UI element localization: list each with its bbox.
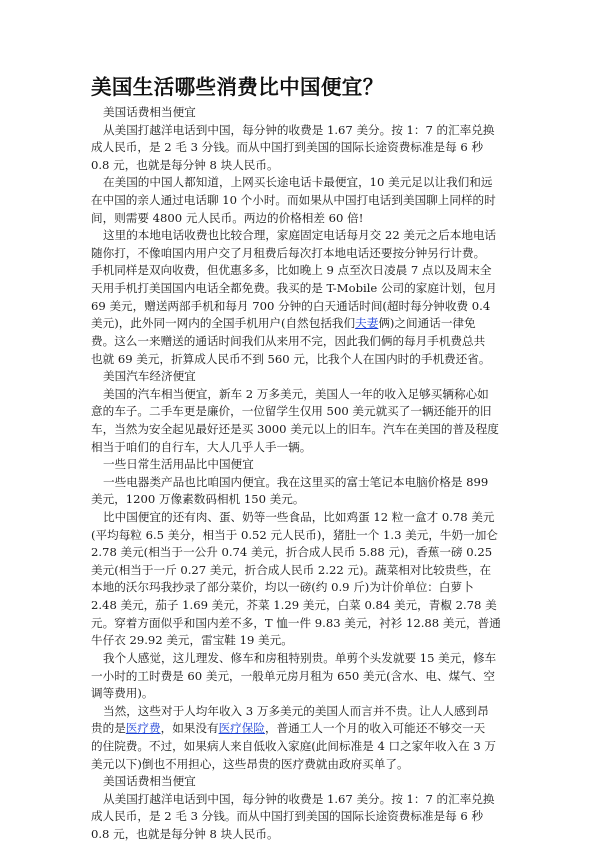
paragraph-line: 意的车子。二手车更是廉价，一位留学生仅用 500 美元就买了一辆还能开的旧 [91,403,505,421]
paragraph-line: 美元，1200 万像素数码相机 150 美元。 [91,491,505,509]
paragraph-line: 元。穿着方面似乎和国内差不多，T 恤一件 9.83 美元，衬衫 12.88 美元… [91,615,505,633]
document-page: 美国生活哪些消费比中国便宜？ 美国话费相当便宜从美国打越洋电话到中国，每分钟的收… [0,0,595,842]
paragraph-line: 也就 69 美元，折算成人民币不到 560 元，比我个人在国内时的手机费还省。 [91,351,505,369]
paragraph-line-indented: 在美国的中国人都知道，上网买长途电话卡最便宜，10 美元足以让我们和远 [91,174,505,192]
text-segment: 贵的是 [91,721,126,735]
paragraph-line: 牛仔衣 29.92 美元，雷宝鞋 19 美元。 [91,632,505,650]
document-body: 美国话费相当便宜从美国打越洋电话到中国，每分钟的收费是 1.67 美分。按 1：… [91,104,505,842]
paragraph-line: 成人民币，是 2 毛 3 分钱。而从中国打到美国的国际长途资费标准是每 6 秒 [91,808,505,826]
paragraph-line: 69 美元，赠送两部手机和每月 700 分钟的白天通话时间(超时每分钟收费 0.… [91,298,505,316]
paragraph-line: 相当于咱们的自行车，大人几乎人手一辆。 [91,439,505,457]
hyperlink[interactable]: 医疗保险 [219,721,265,735]
hyperlink[interactable]: 医疗费 [126,721,161,735]
paragraph-line-indented: 一些电器类产品也比咱国内便宜。我在这里买的富士笔记本电脑价格是 899 [91,474,505,492]
paragraph-line: 手机同样是双向收费，但优惠多多，比如晚上 9 点至次日凌晨 7 点以及周末全 [91,262,505,280]
paragraph-line: 天用手机打美国国内电话全都免费。我买的是 T-Mobile 公司的家庭计划，包月 [91,280,505,298]
text-segment: ，如果没有 [161,721,219,735]
paragraph-line: 本地的沃尔玛我抄录了部分菜价，均以一磅(约 0.9 斤)为计价单位：白萝卜 [91,579,505,597]
paragraph-line: 在中国的亲人通过电话聊 10 个小时。而如果从中国打电话到美国聊上同样的时 [91,192,505,210]
paragraph-line: 随你打，不像咱国内用户交了月租费后每次打本地电话还要按分钟另行计费。 [91,245,505,263]
text-segment: ，普通工人一个月的收入可能还不够交一天 [265,721,485,735]
paragraph-line-indented: 一些日常生活用品比中国便宜 [91,456,505,474]
paragraph-line-indented: 这里的本地电话收费也比较合理，家庭固定电话每月交 22 美元之后本地电话 [91,227,505,245]
paragraph-line: 的住院费。不过，如果病人来自低收入家庭(此间标准是 4 口之家年收入在 3 万 [91,738,505,756]
paragraph-line-indented: 从美国打越洋电话到中国，每分钟的收费是 1.67 美分。按 1：7 的汇率兑换 [91,122,505,140]
text-segment: 美元)，此外同一网内的全国手机用户(自然包括我们 [91,316,355,330]
paragraph-line: 2.78 美元(相当于一公升 0.74 美元，折合成人民币 5.88 元)，香蕉… [91,544,505,562]
paragraph-line: 0.8 元，也就是每分钟 8 块人民币。 [91,826,505,842]
paragraph-line: 成人民币，是 2 毛 3 分钱。而从中国打到美国的国际长途资费标准是每 6 秒 [91,139,505,157]
paragraph-line-indented: 美国话费相当便宜 [91,104,505,122]
paragraph-line: 贵的是医疗费，如果没有医疗保险，普通工人一个月的收入可能还不够交一天 [91,720,505,738]
paragraph-line: 车，当然为安全起见最好还是买 3000 美元以上的旧车。汽车在美国的普及程度 [91,421,505,439]
paragraph-line: 美元(相当于一斤 0.27 美元，折合成人民币 2.22 元)。蔬菜相对比较贵些… [91,562,505,580]
paragraph-line: 2.48 美元，茄子 1.69 美元，芥菜 1.29 美元，白菜 0.84 美元… [91,597,505,615]
paragraph-line: 0.8 元，也就是每分钟 8 块人民币。 [91,157,505,175]
document-title: 美国生活哪些消费比中国便宜？ [91,74,384,100]
paragraph-line: (平均每粒 6.5 美分，相当于 0.52 元人民币)，猪肚一个 1.3 美元，… [91,527,505,545]
paragraph-line: 美元)，此外同一网内的全国手机用户(自然包括我们夫妻俩)之间通话一律免 [91,315,505,333]
paragraph-line: 间，则需要 4800 元人民币。两边的价格相差 60 倍! [91,210,505,228]
paragraph-line-indented: 美国话费相当便宜 [91,773,505,791]
text-segment: 俩)之间通话一律免 [378,316,475,330]
paragraph-line: 一小时的工时费是 60 美元，一般单元房月租为 650 美元(含水、电、煤气、空 [91,668,505,686]
paragraph-line-indented: 美国的汽车相当便宜，新车 2 万多美元，美国人一年的收入足够买辆称心如 [91,386,505,404]
paragraph-line: 美元以下)倒也不用担心，这些昂贵的医疗费就由政府买单了。 [91,756,505,774]
paragraph-line-indented: 比中国便宜的还有肉、蛋、奶等一些食品，比如鸡蛋 12 粒一盒才 0.78 美元 [91,509,505,527]
paragraph-line-indented: 美国汽车经济便宜 [91,368,505,386]
paragraph-line-indented: 我个人感觉，这儿理发、修车和房租特别贵。单剪个头发就要 15 美元，修车 [91,650,505,668]
paragraph-line: 费。这么一来赠送的通话时间我们从来用不完，因此我们俩的每月手机费总共 [91,333,505,351]
hyperlink[interactable]: 夫妻 [355,316,378,330]
paragraph-line-indented: 当然，这些对于人均年收入 3 万多美元的美国人而言并不贵。让人人感到昂 [91,703,505,721]
paragraph-line: 调等费用)。 [91,685,505,703]
paragraph-line-indented: 从美国打越洋电话到中国，每分钟的收费是 1.67 美分。按 1：7 的汇率兑换 [91,791,505,809]
